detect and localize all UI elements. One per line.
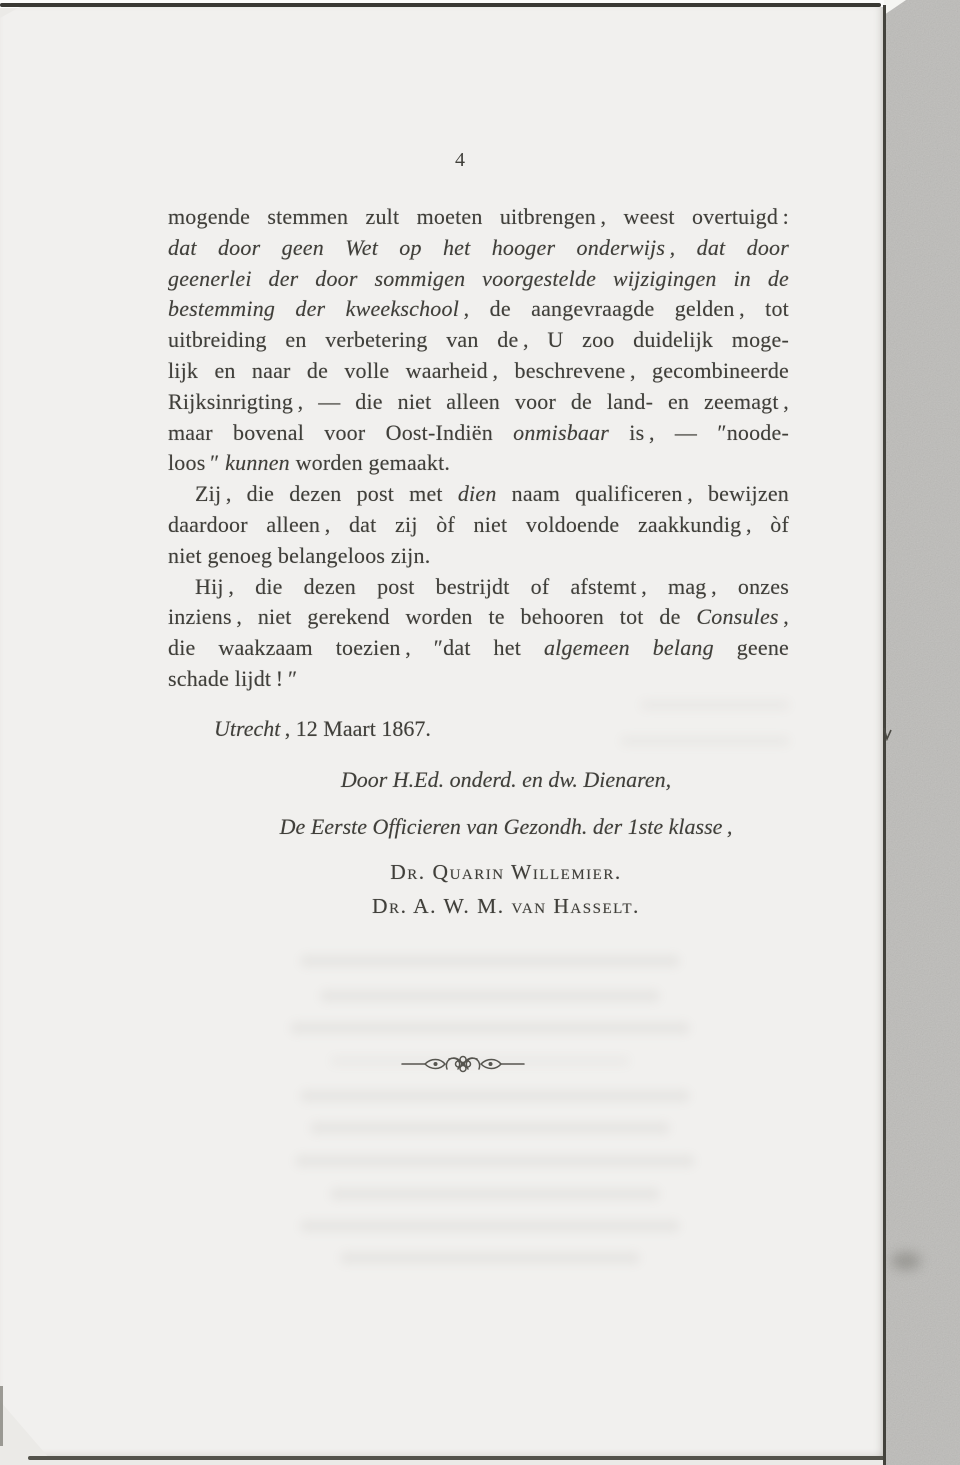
text-run: , de aangevraagde gelden , tot xyxy=(459,296,789,321)
text-line: bestemming der kweekschool , de aangevra… xyxy=(168,294,789,325)
showthrough-smudge xyxy=(300,1090,690,1102)
text-line: daardoor alleen , dat zij òf niet voldoe… xyxy=(168,510,789,541)
italic-run: algemeen belang xyxy=(544,635,714,660)
text-line: Rijksinrigting , — die niet alleen voor … xyxy=(168,387,789,418)
text-line: loos ″ kunnen worden gemaakt. xyxy=(168,448,789,479)
text-run: niet genoeg belangeloos zijn. xyxy=(168,543,430,568)
text-line: dat door geen Wet op het hooger onderwij… xyxy=(168,233,789,264)
text-line: maar bovenal voor Oost-Indiën onmisbaar … xyxy=(168,418,789,449)
text-run: , xyxy=(779,604,789,629)
text-run: inziens , niet gerekend worden te behoor… xyxy=(168,604,696,629)
signature-name: Dr. A. W. M. van Hasselt. xyxy=(190,894,822,919)
text-run: worden gemaakt. xyxy=(290,450,450,475)
showthrough-smudge xyxy=(640,700,790,710)
text-run: , 12 Maart 1867. xyxy=(280,716,430,741)
text-run: geene xyxy=(714,635,789,660)
fleuron-divider-icon xyxy=(400,1051,526,1077)
showthrough-smudge xyxy=(290,1022,690,1034)
signature-by-line: Door H.Ed. onderd. en dw. Dienaren, xyxy=(190,767,822,793)
dateline: Utrecht , 12 Maart 1867. xyxy=(214,716,431,742)
showthrough-smudge xyxy=(330,1188,660,1200)
italic-run: dien xyxy=(458,481,497,506)
text-line: Zij , die dezen post met dien naam quali… xyxy=(168,479,789,510)
edge-tick-mark xyxy=(883,727,892,741)
page-top-edge xyxy=(0,3,881,7)
text-line: die waakzaam toezien , ″dat het algemeen… xyxy=(168,633,789,664)
italic-run: onmisbaar xyxy=(513,420,609,445)
book-edge-band xyxy=(886,0,960,1465)
signature-name: Dr. Quarin Willemier. xyxy=(190,860,822,885)
signature-title-line: De Eerste Officieren van Gezondh. der 1s… xyxy=(190,814,822,840)
italic-run: kunnen xyxy=(225,450,290,475)
italic-run: Consules xyxy=(696,604,778,629)
showthrough-smudge xyxy=(310,1122,670,1134)
text-line: geenerlei der door sommigen voorgestelde… xyxy=(168,264,789,295)
page-left-edge-mark xyxy=(0,1386,3,1446)
text-run: loos ″ xyxy=(168,450,225,475)
text-run: mogende stemmen zult moeten uitbrengen ,… xyxy=(168,204,789,229)
text-run: Hij , die dezen post bestrijdt of afstem… xyxy=(195,574,789,599)
text-line: uitbreiding en verbetering van de , U zo… xyxy=(168,325,789,356)
italic-run: bestemming der kweekschool xyxy=(168,296,459,321)
text-run: is , — ″noode- xyxy=(609,420,789,445)
italic-run: geenerlei der door sommigen voorgestelde… xyxy=(168,266,789,291)
text-run: Rijksinrigting , — die niet alleen voor … xyxy=(168,389,789,414)
text-run: Zij , die dezen post met xyxy=(195,481,458,506)
showthrough-smudge xyxy=(295,1155,695,1167)
showthrough-smudge xyxy=(300,955,680,967)
italic-run: Utrecht xyxy=(214,716,280,741)
text-run: die waakzaam toezien , ″dat het xyxy=(168,635,544,660)
showthrough-smudge xyxy=(340,1252,640,1264)
text-run: schade lijdt ! ″ xyxy=(168,666,297,691)
text-run: maar bovenal voor Oost-Indiën xyxy=(168,420,513,445)
text-run: daardoor alleen , dat zij òf niet voldoe… xyxy=(168,512,789,537)
text-line: niet genoeg belangeloos zijn. xyxy=(168,541,789,572)
text-line: mogende stemmen zult moeten uitbrengen ,… xyxy=(168,202,789,233)
showthrough-smudge xyxy=(620,736,790,746)
body-text: mogende stemmen zult moeten uitbrengen ,… xyxy=(168,202,789,695)
text-run: lijk en naar de volle waarheid , beschre… xyxy=(168,358,789,383)
page-bottom-edge xyxy=(28,1456,886,1460)
italic-run: dat door geen Wet op het hooger onderwij… xyxy=(168,235,789,260)
page-number: 4 xyxy=(430,149,490,172)
text-run: naam qualificeren , bewijzen xyxy=(497,481,789,506)
band-smudge xyxy=(891,1252,921,1270)
text-line: lijk en naar de volle waarheid , beschre… xyxy=(168,356,789,387)
paper-grain-texture xyxy=(886,0,960,1465)
showthrough-smudge xyxy=(320,990,660,1002)
scanned-document-page: 4 mogende stemmen zult moeten uitbrengen… xyxy=(0,0,960,1465)
text-line: schade lijdt ! ″ xyxy=(168,664,789,695)
text-run: uitbreiding en verbetering van de , U zo… xyxy=(168,327,789,352)
showthrough-smudge xyxy=(300,1220,680,1232)
text-line: inziens , niet gerekend worden te behoor… xyxy=(168,602,789,633)
text-line: Hij , die dezen post bestrijdt of afstem… xyxy=(168,572,789,603)
